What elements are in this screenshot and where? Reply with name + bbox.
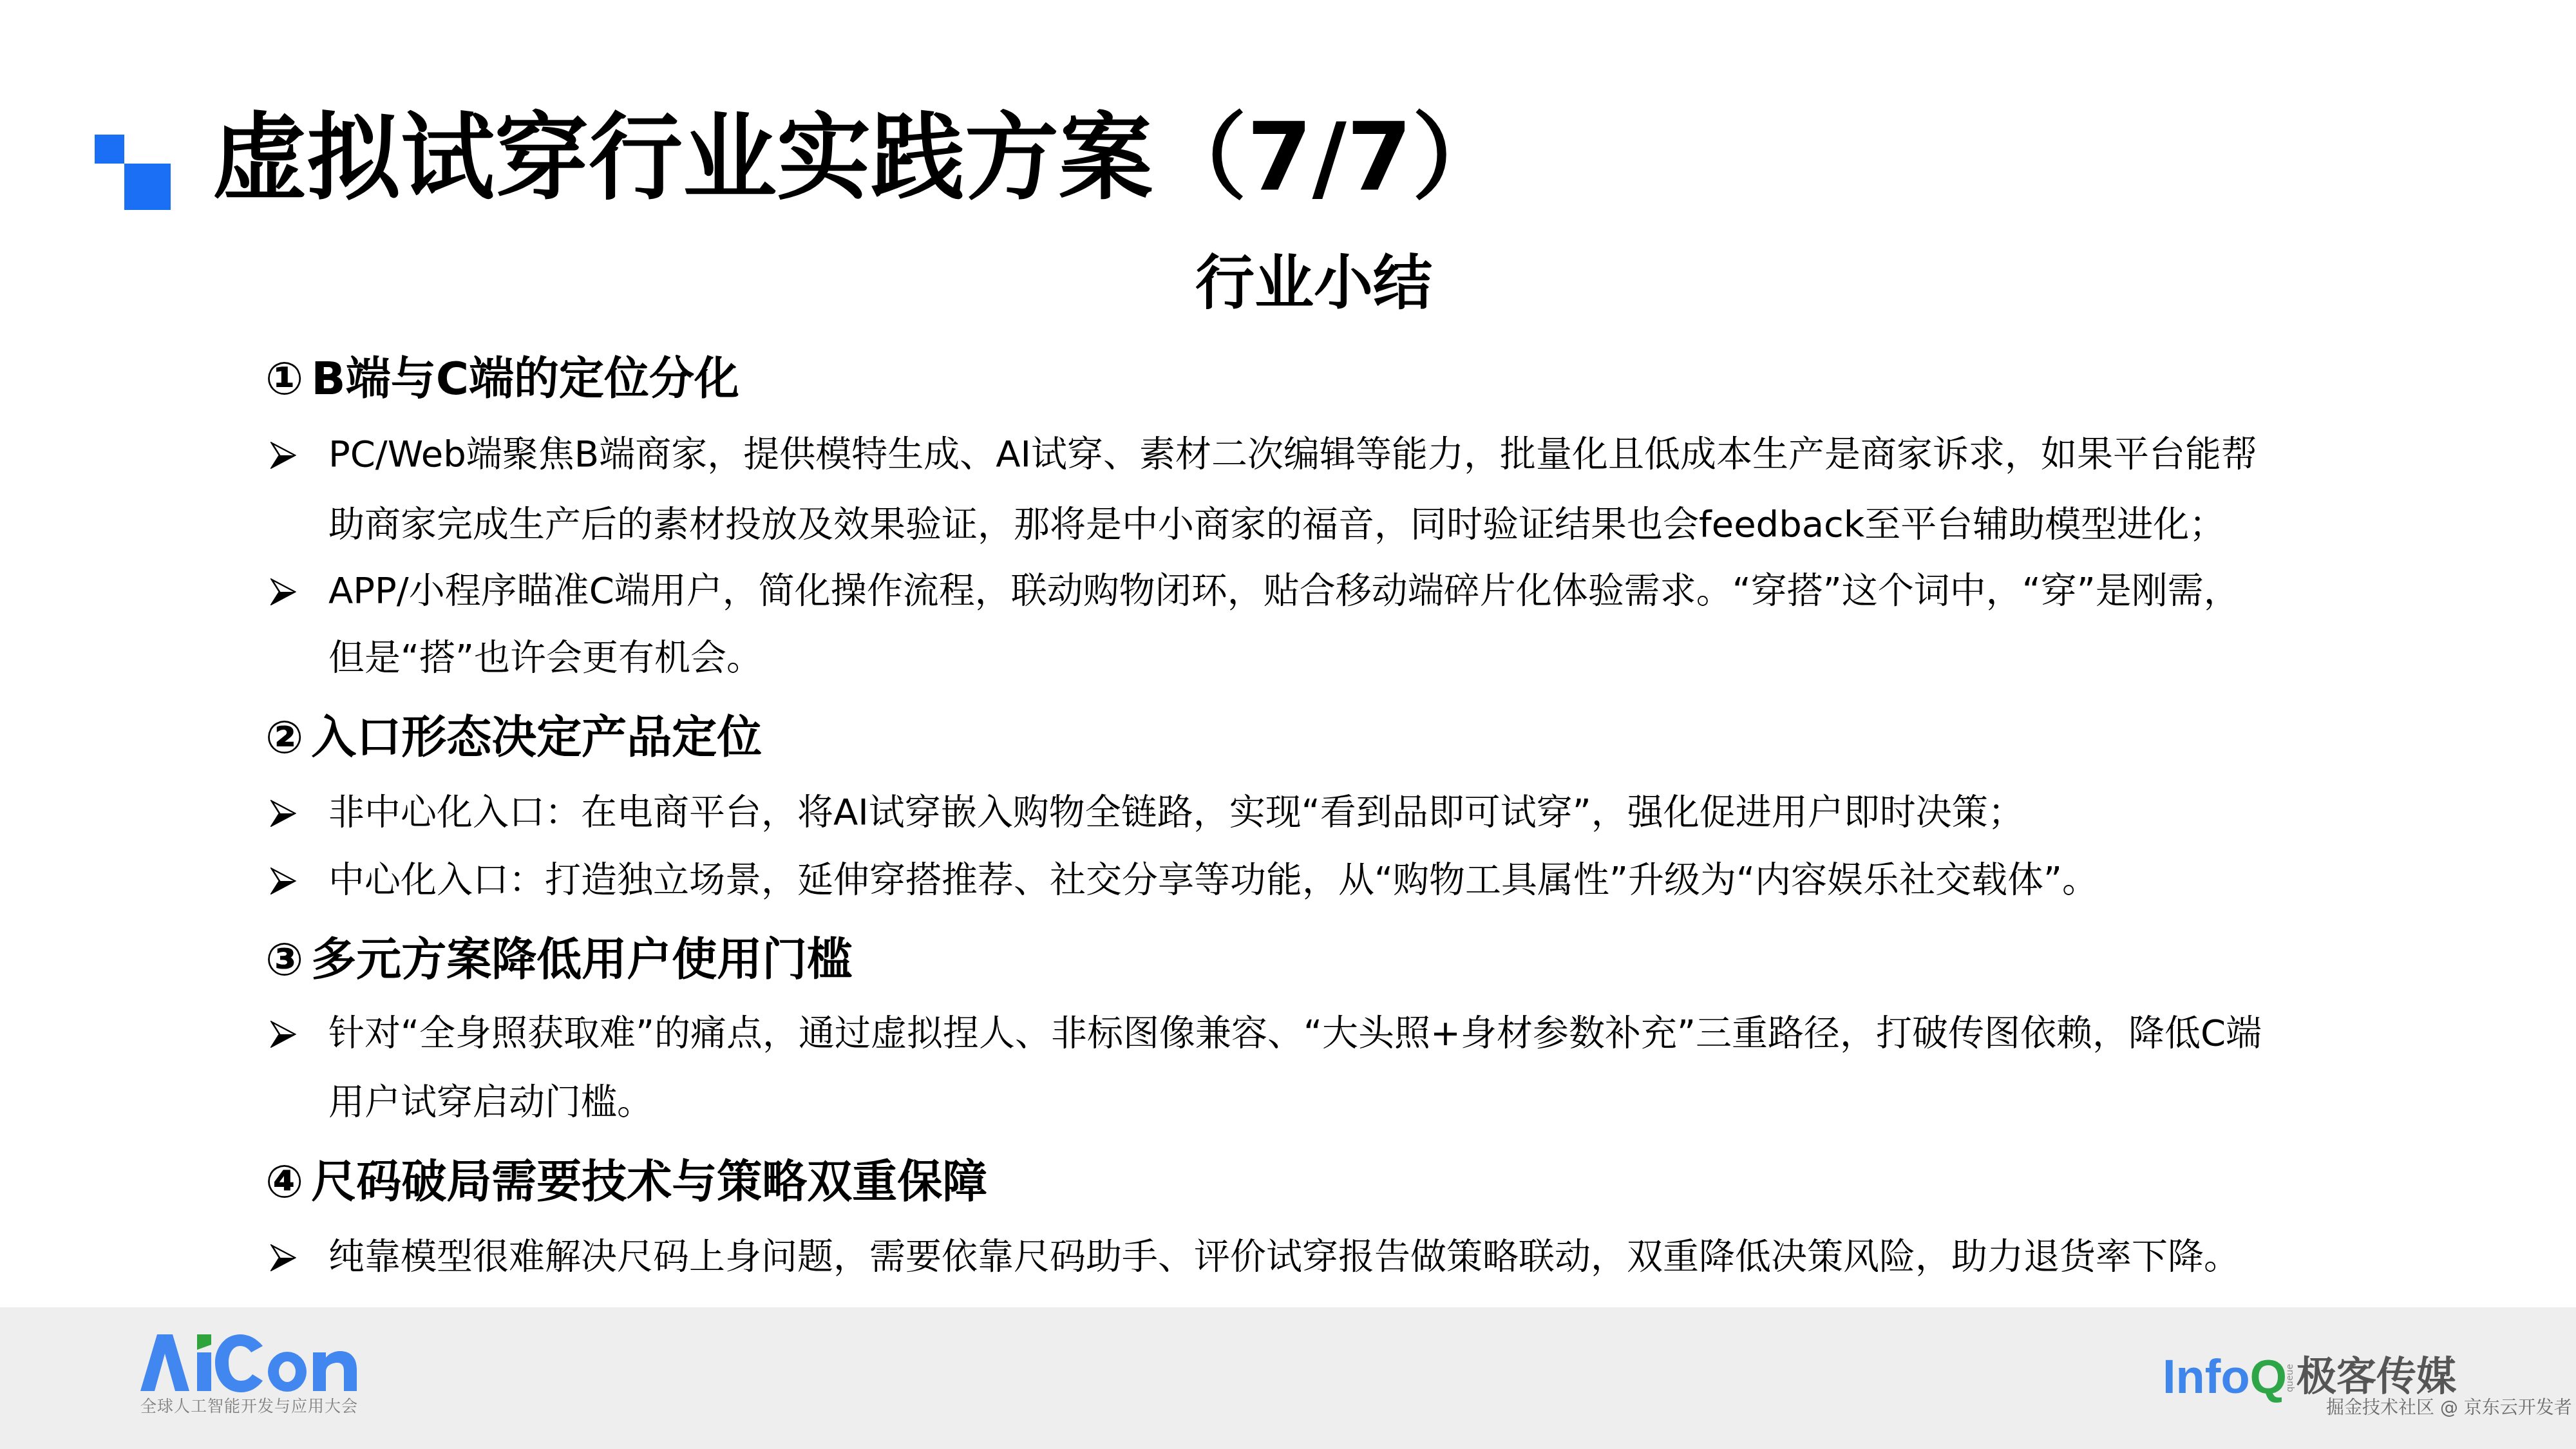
list-item-text: 非中心化入口：在电商平台，将AI试穿嵌入购物全链路，实现“看到品即可试穿”，强化…	[328, 787, 2024, 838]
list-item-continuation: 但是“搭”也许会更有机会。	[328, 632, 762, 684]
source-watermark: 掘金技术社区 @ 京东云开发者	[2326, 1396, 2572, 1419]
list-item-text: 中心化入口：打造独立场景，延伸穿搭推荐、社交分享等功能，从“购物工具属性”升级为…	[328, 855, 2098, 906]
footer-band: 全球人工智能开发与应用大会 InfoQ queue 极客传媒 掘金技术社区 @ …	[0, 1307, 2576, 1449]
list-item-continuation: 用户试穿启动门槛。	[328, 1077, 653, 1128]
list-item-text: APP/小程序瞄准C端用户，简化操作流程，联动购物闭环，贴合移动端碎片化体验需求…	[328, 565, 2240, 617]
section-heading-text-3: 多元方案降低用户使用门槛	[311, 933, 852, 986]
logo-square-small	[95, 135, 124, 164]
section-heading-text-4: 尺码破局需要技术与策略双重保障	[311, 1155, 987, 1208]
page-title: 虚拟试穿行业实践方案（7/7）	[213, 102, 1506, 214]
arrowhead-bullet-icon	[270, 1021, 296, 1048]
section-number-3: ③	[265, 931, 303, 989]
section-heading-2: ②入口形态决定产品定位	[265, 708, 762, 766]
section-number-2: ②	[265, 708, 303, 766]
section-subtitle: 行业小结	[0, 251, 2576, 316]
list-item-text: PC/Web端聚焦B端商家，提供模特生成、AI试穿、素材二次编辑等能力，批量化且…	[328, 429, 2257, 480]
slide-logo-mark	[95, 135, 171, 210]
list-item-text: 针对“全身照获取难”的痛点，通过虚拟捏人、非标图像兼容、“大头照+身材参数补充”…	[328, 1008, 2262, 1059]
arrowhead-bullet-icon	[270, 800, 296, 827]
section-heading-text-2: 入口形态决定产品定位	[311, 711, 762, 764]
infoq-queue-label: queue	[2285, 1364, 2295, 1392]
arrowhead-bullet-icon	[270, 442, 296, 469]
section-heading-1: ①B端与C端的定位分化	[265, 350, 739, 408]
section-heading-text-1: B端与C端的定位分化	[311, 352, 739, 405]
section-heading-4: ④尺码破局需要技术与策略双重保障	[265, 1153, 987, 1211]
arrowhead-bullet-icon	[270, 1244, 296, 1271]
infoq-logo-info: Info	[2163, 1350, 2250, 1403]
section-number-1: ①	[265, 350, 303, 408]
list-item-continuation: 助商家完成生产后的素材投放及效果验证，那将是中小商家的福音，同时验证结果也会fe…	[328, 499, 2225, 551]
aicon-logo	[140, 1333, 359, 1394]
arrowhead-bullet-icon	[270, 867, 296, 895]
list-item-text: 纯靠模型很难解决尺码上身问题，需要依靠尺码助手、评价试穿报告做策略联动，双重降低…	[328, 1231, 2240, 1283]
logo-square-large	[124, 164, 171, 210]
arrowhead-bullet-icon	[270, 578, 296, 605]
infoq-logo-q: Q	[2250, 1350, 2287, 1403]
section-heading-3: ③多元方案降低用户使用门槛	[265, 931, 852, 989]
aicon-subtitle: 全球人工智能开发与应用大会	[140, 1396, 358, 1417]
infoq-logo: InfoQ	[2163, 1351, 2287, 1403]
geek-media-brand: 极客传媒	[2297, 1352, 2456, 1401]
section-number-4: ④	[265, 1153, 303, 1211]
